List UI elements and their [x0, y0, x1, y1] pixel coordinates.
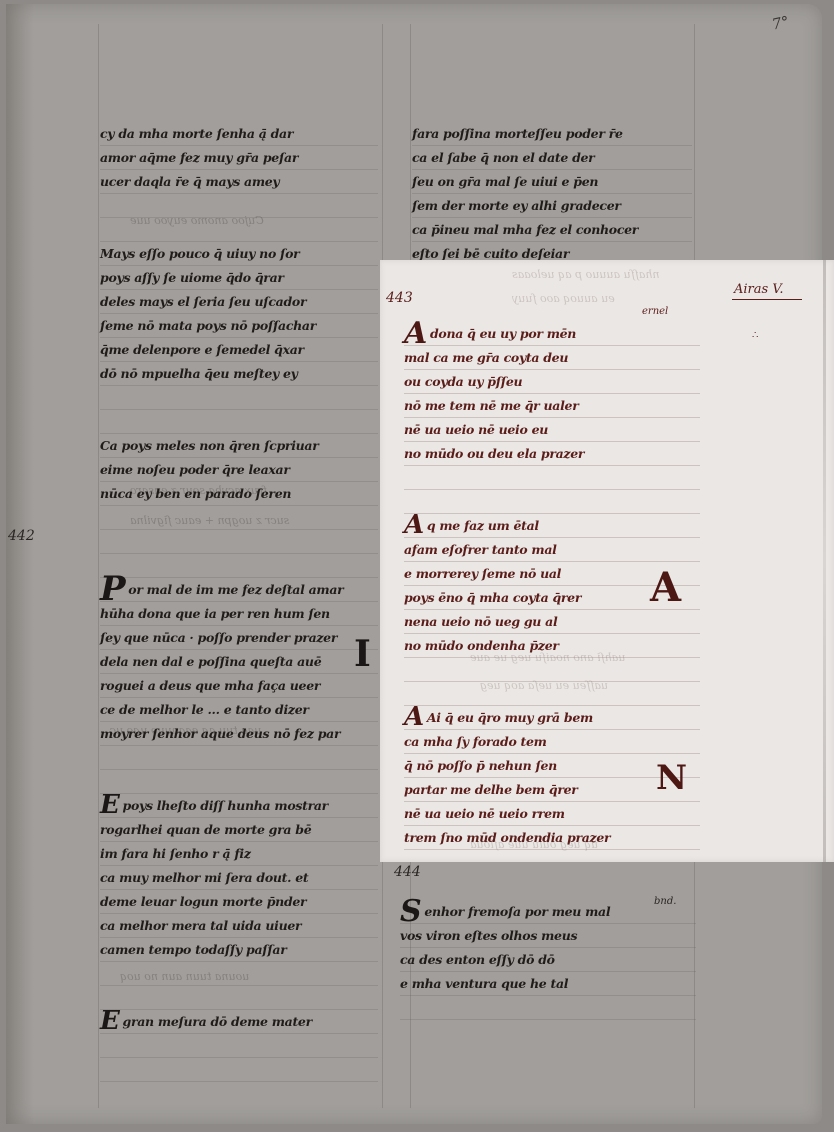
verse-line: trem ſno mūd ondendia prazer [404, 826, 700, 850]
verse-line: dō nō mpuelha q̄eu meſtey ey [100, 362, 378, 386]
initial-letter: E [100, 1010, 120, 1033]
poem-number-443: 443 [386, 290, 413, 306]
poem-number-444: 444 [394, 864, 421, 880]
verse-line: Por mal de im me fez deſtal amar [100, 578, 378, 602]
verse-line: mal ca me gr̄a coyta deu [404, 346, 700, 370]
verse-line: deme leuar logun morte p̄nder [100, 890, 378, 914]
verse-text: poys lheſto diſſ hunha mostrar [123, 798, 328, 813]
verse-line: nē ua ueio nē ueio rrem [404, 802, 700, 826]
page-edge [823, 260, 826, 862]
blank-line [404, 682, 700, 706]
poem-442: Por mal de im me fez deſtal amar hūha do… [100, 578, 378, 746]
blank-line [100, 386, 378, 410]
stanza: Egran meſura dō deme mater [100, 1010, 378, 1082]
verse-text: enhor fremoſa por meu mal [424, 904, 610, 919]
stanza: Mays eſſo pouco q̄ uiuy no ſor poys aſſy… [100, 242, 378, 386]
verse-line: ca melhor mera tal uida uiuer [100, 914, 378, 938]
blank-line [100, 770, 378, 794]
verse-line: ſey que nūca · poſſo prender prazer [100, 626, 378, 650]
verse-line: cy da mha morte ſenha ą̄ dar [100, 122, 378, 146]
decorated-initial: A [404, 322, 427, 345]
verse-line: camen tempo todaſſy paſſar [100, 938, 378, 962]
verse-line: moyrer ſenhor aque deus nō fez par [100, 722, 378, 746]
verse-line: eime noſeu poder q̄re leaxar [100, 458, 378, 482]
verse-line: nena ueio nō ueg gu al [404, 610, 700, 634]
blank-line [100, 218, 378, 242]
blank-line [404, 490, 700, 514]
blank-line [100, 1058, 378, 1082]
verse-text: dona q̄ eu uy por mēn [430, 326, 576, 341]
verse-line: hūha dona que ia per ren hum ſen [100, 602, 378, 626]
verse-line: ca p̄ineu mal mha fez el conhocer [412, 218, 692, 242]
annotation: ernel [642, 306, 668, 317]
verse-text: gran meſura dō deme mater [123, 1014, 312, 1029]
blank-line [100, 1034, 378, 1058]
verse-line: roguei a deus que mha faça ueer [100, 674, 378, 698]
right-column-top: fara poſſina morteſſeu poder r̄e ca el ſ… [412, 122, 692, 266]
verse-line: fara poſſina morteſſeu poder r̄e [412, 122, 692, 146]
side-initial: N [656, 758, 687, 798]
left-column: cy da mha morte ſenha ą̄ dar amor aq̄me … [100, 122, 378, 1082]
verse-line: poys aſſy ſe uiome q̄do q̄rar [100, 266, 378, 290]
blank-line [100, 410, 378, 434]
decorated-initial: S [400, 900, 421, 923]
blank-line [100, 506, 378, 530]
verse-line: Mays eſſo pouco q̄ uiuy no ſor [100, 242, 378, 266]
poem-444: Senhor fremoſa por meu mal vos viron eſt… [400, 900, 696, 1020]
bleed-through-text: eu auuoq aoo ſuuy [512, 292, 615, 305]
stanza: Ca poys meles non q̄ren ſcpriuar eime no… [100, 434, 378, 506]
verse-line: Egran meſura dō deme mater [100, 1010, 378, 1034]
initial-letter: A [404, 706, 424, 729]
verse-line: q̄me delenpore e ſemedel q̄xar [100, 338, 378, 362]
verse-line: dela nen dal e poſſina queſta auē [100, 650, 378, 674]
poem-number-442: 442 [8, 528, 35, 544]
verse-line: no mūdo ondenha p̄zer [404, 634, 700, 658]
verse-line: ou coyda uy p̄ſſeu [404, 370, 700, 394]
blank-line [400, 996, 696, 1020]
verse-line: ce de melhor le ... e tanto dizer [100, 698, 378, 722]
verse-line: rogarlhei quan de morte gra bē [100, 818, 378, 842]
initial-letter: A [404, 514, 424, 537]
verse-line: Epoys lheſto diſſ hunha mostrar [100, 794, 378, 818]
verse-line: vos viron eſtes olhos meus [400, 924, 696, 948]
verse-line: no mūdo ou deu ela prazer [404, 442, 700, 466]
verse-line: nūca ey ben en parado ſeren [100, 482, 378, 506]
blank-line [100, 530, 378, 554]
verse-line: ca des enton eſſy dō dō [400, 948, 696, 972]
verse-line: ſem der morte ey alhi gradecer [412, 194, 692, 218]
verse-line: ca muy melhor mi ſera dout. et [100, 866, 378, 890]
verse-line: AAi q̄ eu q̄ro muy grā bem [404, 706, 700, 730]
verse-line: ca mha ſy forado tem [404, 730, 700, 754]
verse-line: amor aq̄me fez muy gr̄a peſar [100, 146, 378, 170]
verse-line: ſeu on gr̄a mal ſe uiui e p̄en [412, 170, 692, 194]
initial-letter: E [100, 794, 120, 817]
decorated-initial: P [100, 578, 125, 601]
verse-line: Ca poys meles non q̄ren ſcpriuar [100, 434, 378, 458]
margin-note: Airas V. [732, 282, 802, 300]
blank-line [100, 554, 378, 578]
margin-specks: ∴ [752, 330, 758, 341]
blank-line [100, 962, 378, 986]
folio-number: 7° [770, 12, 790, 33]
blank-line [100, 746, 378, 770]
side-initial: A [650, 568, 681, 608]
stanza: Adona q̄ eu uy por mēn mal ca me gr̄a co… [404, 322, 700, 466]
verse-line: ucer daqla r̄e q̄ mays amey [100, 170, 378, 194]
verse-line: Aq me faz um ētal [404, 514, 700, 538]
bleed-through-text: nhaſſu auuuo p aq ueloaas [512, 268, 660, 281]
blank-line [100, 986, 378, 1010]
verse-line: deles mays el ſeria ſeu uſcador [100, 290, 378, 314]
verse-line: e mha ventura que he tal [400, 972, 696, 996]
verse-line: nō me tem nē me q̄r ualer [404, 394, 700, 418]
blank-line [100, 194, 378, 218]
verse-text: Ai q̄ eu q̄ro muy grā bem [427, 710, 593, 725]
stanza: cy da mha morte ſenha ą̄ dar amor aq̄me … [100, 122, 378, 194]
verse-line: ſeme nō mata poys nō poſſachar [100, 314, 378, 338]
verse-line: Senhor fremoſa por meu mal [400, 900, 696, 924]
verse-line: Adona q̄ eu uy por mēn [404, 322, 700, 346]
stanza: Epoys lheſto diſſ hunha mostrar rogarlhe… [100, 794, 378, 962]
ruling-line [98, 24, 99, 1108]
verse-line: im fara hi ſenho r ą̄ fiz [100, 842, 378, 866]
blank-line [404, 466, 700, 490]
blank-line [404, 658, 700, 682]
verse-line: afam eſofrer tanto mal [404, 538, 700, 562]
side-initial: I [354, 634, 371, 674]
verse-text: or mal de im me fez deſtal amar [128, 582, 343, 597]
verse-text: q me faz um ētal [427, 518, 539, 533]
verse-line: ca el ſabe q̄ non el date der [412, 146, 692, 170]
verse-line: nē ua ueio nē ueio eu [404, 418, 700, 442]
